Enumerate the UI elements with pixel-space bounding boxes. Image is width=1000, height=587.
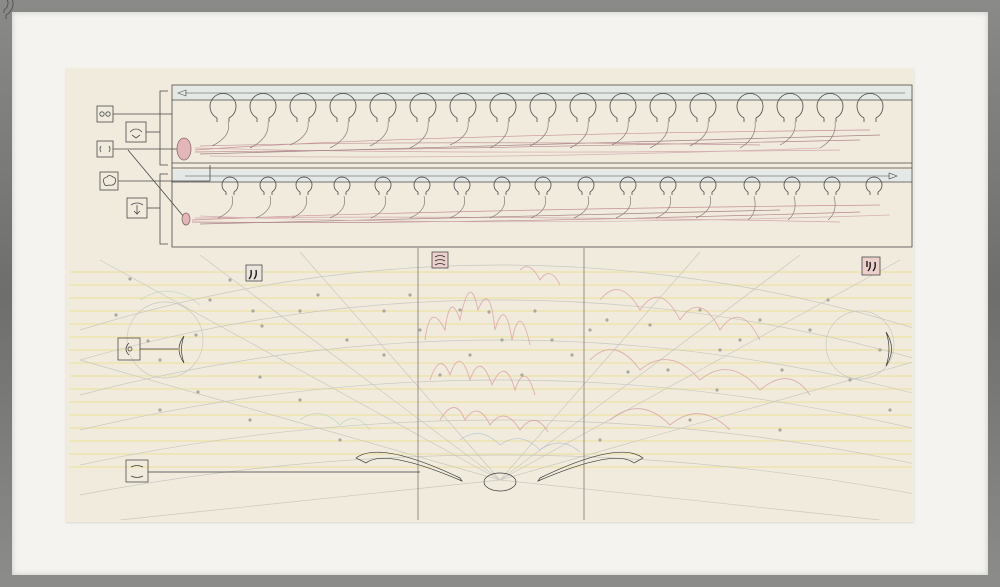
pink-scribbles — [425, 267, 810, 432]
drop-symbol — [127, 198, 147, 218]
grid-dots — [114, 277, 891, 441]
upper-score — [97, 85, 912, 247]
cloud-symbol — [100, 172, 118, 190]
lower-score — [70, 252, 920, 520]
mouth-symbol — [97, 141, 113, 157]
artwork-drawing — [0, 0, 1000, 587]
mouth-symbol-bottom — [126, 460, 148, 482]
bulb-row-upper — [0, 0, 883, 122]
waves-symbol-center — [432, 252, 448, 268]
eyes-symbol — [97, 106, 113, 122]
mask-symbol — [126, 122, 146, 142]
breath-symbol-left — [246, 265, 262, 281]
breath-symbol-right — [862, 257, 880, 275]
lower-structure — [118, 248, 892, 520]
